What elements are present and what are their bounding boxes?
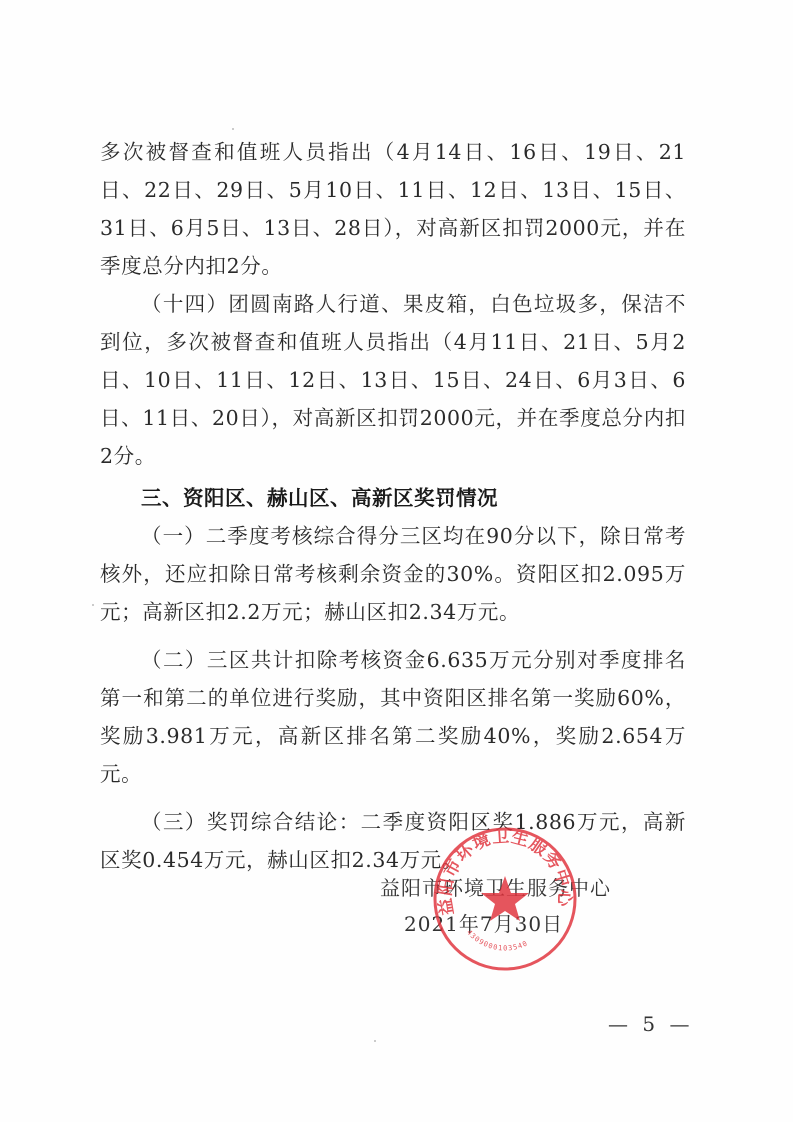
signature-date: 2021年7月30日 — [380, 906, 640, 942]
scan-speck — [92, 604, 94, 606]
scan-speck — [232, 128, 234, 130]
paragraph-item-1: （一）二季度考核综合得分三区均在90分以下，除日常考核外，还应扣除日常考核剩余资… — [100, 517, 686, 631]
signature-organization: 益阳市环境卫生服务中心 — [380, 870, 640, 906]
document-page: 多次被督查和值班人员指出（4月14日、16日、19日、21日、22日、29日、5… — [0, 0, 793, 1122]
scan-speck — [374, 1040, 376, 1042]
paragraph-item-3: （三）奖罚综合结论：二季度资阳区奖1.886万元，高新区奖0.454万元，赫山区… — [100, 803, 686, 879]
paragraph-item-2: （二）三区共计扣除考核资金6.635万元分别对季度排名第一和第二的单位进行奖励，… — [100, 641, 686, 793]
signature-block: 益阳市环境卫生服务中心 2021年7月30日 — [380, 870, 640, 942]
paragraph-continuation: 多次被督查和值班人员指出（4月14日、16日、19日、21日、22日、29日、5… — [100, 133, 686, 285]
section-heading: 三、资阳区、赫山区、高新区奖罚情况 — [100, 479, 686, 517]
document-body: 多次被督查和值班人员指出（4月14日、16日、19日、21日、22日、29日、5… — [100, 133, 686, 879]
paragraph-item-14: （十四）团圆南路人行道、果皮箱，白色垃圾多，保洁不到位，多次被督查和值班人员指出… — [100, 285, 686, 475]
page-number: — 5 — — [608, 1012, 693, 1036]
